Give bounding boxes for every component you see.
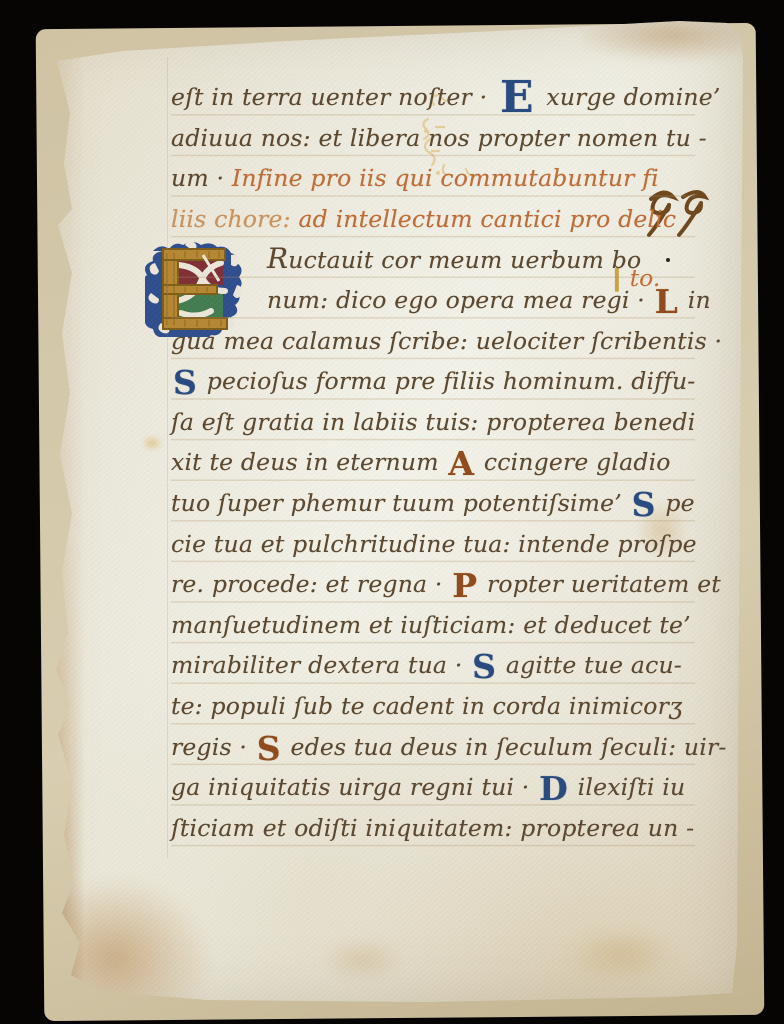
text-segment: regis · bbox=[171, 733, 255, 761]
text-segment: in bbox=[680, 286, 711, 314]
text-line-6: num: dico ego opera mea regi · L in bbox=[171, 280, 695, 321]
text-segment: ſticiam et odiſti iniquitatem: propterea… bbox=[171, 814, 694, 842]
text-line-13: re. procede: et regna · P ropter ueritat… bbox=[171, 564, 695, 605]
text-segment: cie tua et pulchritudine tua: intende pr… bbox=[171, 530, 697, 558]
text-segment: adiuua nos: et libera nos propter nomen … bbox=[171, 124, 707, 152]
text-line-14: manſuetudinem et iuſticiam: et deducet t… bbox=[171, 605, 695, 646]
text-segment: Infine pro iis qui commutabuntur fi bbox=[232, 164, 659, 192]
text-segment: pe bbox=[658, 489, 695, 517]
text-segment: um · bbox=[171, 164, 232, 192]
manuscript-leaf: ❙to. eſt in terra uenter noſter · E xurg… bbox=[27, 15, 746, 1010]
text-line-7: gua mea calamus ſcribe: uelociter ſcribe… bbox=[171, 321, 695, 362]
text-segment: ilexiſti iu bbox=[570, 773, 685, 801]
text-line-9: ſa eſt gratia in labiis tuis: propterea … bbox=[171, 402, 695, 443]
text-segment: edes tua deus in ſeculum ſeculi: uir- bbox=[283, 733, 727, 761]
text-segment: te: populi ſub te cadent in corda inimic… bbox=[171, 692, 683, 720]
text-segment: tuo ſuper phemur tuum potentiſsime’ bbox=[171, 489, 630, 517]
text-segment: re. procede: et regna · bbox=[171, 570, 450, 598]
text-line-19: ſticiam et odiſti iniquitatem: propterea… bbox=[171, 808, 695, 849]
text-segment: R bbox=[267, 242, 288, 275]
text-segment: agitte tue acu- bbox=[498, 651, 682, 679]
text-line-8: S pecioſus forma pre filiis hominum. dif… bbox=[171, 361, 695, 402]
gold-fleck bbox=[139, 433, 165, 453]
text-line-15: mirabiliter dextera tua · S agitte tue a… bbox=[171, 645, 695, 686]
text-segment: pecioſus forma pre filiis hominum. diffu… bbox=[199, 367, 695, 395]
text-segment: ad intellectum cantici pro delic bbox=[298, 205, 676, 233]
text-line-11: tuo ſuper phemur tuum potentiſsime’ S pe bbox=[171, 483, 695, 524]
text-line-17: regis · S edes tua deus in ſeculum ſecul… bbox=[171, 727, 695, 768]
text-segment: ropter ueritatem et bbox=[479, 570, 721, 598]
text-line-5: Ructauit cor meum uerbum bo bbox=[171, 239, 695, 280]
text-segment: num: dico ego opera mea regi · bbox=[267, 286, 653, 314]
text-segment: xit te deus in eternum bbox=[171, 448, 446, 476]
text-segment: uctauit cor meum uerbum bo bbox=[288, 246, 641, 274]
stain-bottom-right bbox=[547, 915, 697, 995]
photo-stage: ❙to. eſt in terra uenter noſter · E xurg… bbox=[0, 0, 784, 1024]
text-line-16: te: populi ſub te cadent in corda inimic… bbox=[171, 686, 695, 727]
text-segment: xurge domine’ bbox=[539, 83, 721, 111]
stain-bottom-middle bbox=[307, 930, 417, 990]
text-segment: eſt in terra uenter noſter · bbox=[171, 83, 495, 111]
text-line-10: xit te deus in eternum A ccingere gladio bbox=[171, 442, 695, 483]
text-segment: gua mea calamus ſcribe: uelociter ſcribe… bbox=[171, 327, 722, 355]
text-segment: liis chore: bbox=[171, 205, 298, 233]
text-segment: ga iniquitatis uirga regni tui · bbox=[171, 773, 537, 801]
text-line-3: um · Infine pro iis qui commutabuntur fi bbox=[171, 158, 695, 199]
text-line-4: liis chore: ad intellectum cantici pro d… bbox=[171, 199, 695, 240]
text-block: eſt in terra uenter noſter · E xurge dom… bbox=[171, 77, 695, 852]
text-segment: ſa eſt gratia in labiis tuis: propterea … bbox=[171, 408, 695, 436]
text-line-18: ga iniquitatis uirga regni tui · D ilexi… bbox=[171, 767, 695, 808]
text-line-1: eſt in terra uenter noſter · E xurge dom… bbox=[171, 77, 695, 118]
text-line-2: adiuua nos: et libera nos propter nomen … bbox=[171, 118, 695, 159]
text-segment: mirabiliter dextera tua · bbox=[171, 651, 470, 679]
text-segment: manſuetudinem et iuſticiam: et deducet t… bbox=[171, 611, 691, 639]
text-segment: ccingere gladio bbox=[476, 448, 670, 476]
text-line-12: cie tua et pulchritudine tua: intende pr… bbox=[171, 524, 695, 565]
